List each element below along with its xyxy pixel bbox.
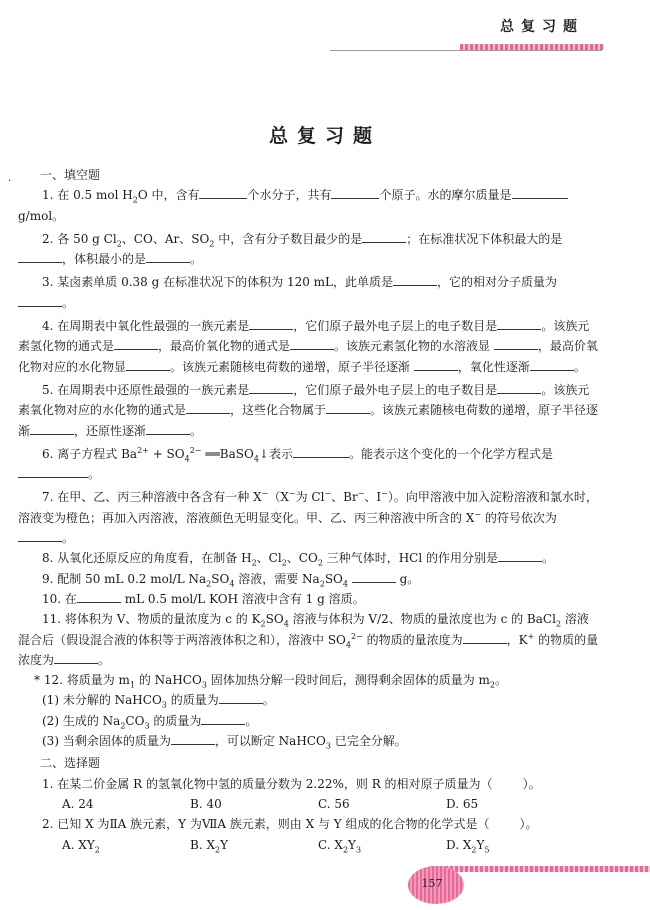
choice-question-2: 2. 已知 X 为ⅡA 族元素，Y 为ⅦA 族元素，则由 X 与 Y 组成的化合… [18,814,600,834]
page-title: 总复习题 [0,121,650,148]
answer-blank[interactable] [18,529,62,542]
running-header-title: 总复习题 [500,16,584,36]
answer-blank[interactable] [414,358,458,371]
question-7: 7. 在甲、乙、丙三种溶液中各含有一种 X−（X−为 Cl−、Br−、I−）。向… [18,487,600,548]
answer-blank[interactable] [219,691,263,704]
answer-blank[interactable] [249,317,293,330]
option-d[interactable]: D. X2Y5 [446,835,574,855]
question-4: 4. 在周期表中氧化性最强的一族元素是，它们原子最外电子层上的电子数目是。该族元… [18,316,600,377]
answer-blank[interactable] [199,186,247,199]
answer-blank[interactable] [290,337,334,350]
answer-blank[interactable] [362,230,406,243]
answer-blank[interactable] [30,422,74,435]
answer-blank[interactable] [331,186,379,199]
header-rule [330,50,602,51]
question-10: 10. 在 mL 0.5 mol/L KOH 溶液中含有 1 g 溶质。 [18,589,600,609]
answer-blank[interactable] [249,381,293,394]
question-2: 2. 各 50 g Cl2、CO、Ar、SO2 中，含有分子数目最少的是；在标准… [18,229,600,270]
question-12: * 12. 将质量为 m1 的 NaHCO3 固体加热分解一段时间后，测得剩余固… [18,670,600,690]
answer-blank[interactable] [126,358,170,371]
choice-question-1: 1. 在某二价金属 R 的氢氧化物中氢的质量分数为 2.22%，则 R 的相对原… [18,774,600,794]
stray-mark: · [8,176,11,187]
option-a[interactable]: A. 24 [62,794,190,814]
answer-blank[interactable] [497,381,541,394]
answer-blank[interactable] [530,358,574,371]
choice-question-2-options: A. XY2B. X2YC. X2Y3D. X2Y5 [18,835,600,855]
option-b[interactable]: B. X2Y [190,835,318,855]
section-heading-fill-blank: 一、填空题 [18,165,600,185]
page-number: 157 [422,877,443,890]
answer-blank[interactable] [18,250,62,263]
answer-blank[interactable] [54,651,98,664]
answer-blank[interactable] [18,465,88,478]
answer-blank[interactable] [146,250,190,263]
question-12-part-3: (3) 当剩余固体的质量为，可以断定 NaHCO3 已完全分解。 [18,731,600,751]
option-a[interactable]: A. XY2 [62,835,190,855]
answer-blank[interactable] [18,294,62,307]
question-8: 8. 从氧化还原反应的角度看，在制备 H2、Cl2、CO2 三种气体时，HCl … [18,548,600,568]
answer-blank[interactable] [463,631,507,644]
question-12-part-1: (1) 未分解的 NaHCO3 的质量为。 [18,690,600,710]
choice-question-1-options: A. 24B. 40C. 56D. 65 [18,794,600,814]
answer-blank[interactable] [77,590,121,603]
answer-blank[interactable] [393,273,437,286]
answer-blank[interactable] [494,337,538,350]
answer-blank[interactable] [326,401,370,414]
answer-blank[interactable] [114,337,158,350]
answer-blank[interactable] [293,445,349,458]
answer-blank[interactable] [512,186,568,199]
question-1: 1. 在 0.5 mol H2O 中，含有个水分子，共有个原子。水的摩尔质量是 … [18,185,600,226]
answer-blank[interactable] [498,549,542,562]
option-d[interactable]: D. 65 [446,794,574,814]
question-11: 11. 将体积为 V、物质的量浓度为 c 的 K2SO4 溶液与体积为 V/2、… [18,609,600,670]
answer-blank[interactable] [171,732,215,745]
exercise-content: 一、填空题 1. 在 0.5 mol H2O 中，含有个水分子，共有个原子。水的… [18,163,600,855]
page-number-badge: 157 [408,866,464,904]
option-c[interactable]: C. 56 [318,794,446,814]
question-5: 5. 在周期表中还原性最强的一族元素是，它们原子最外电子层上的电子数目是。该族元… [18,380,600,441]
answer-blank[interactable] [186,401,230,414]
question-12-part-2: (2) 生成的 Na2CO3 的质量为。 [18,711,600,731]
section-heading-multiple-choice: 二、选择题 [18,753,600,773]
option-b[interactable]: B. 40 [190,794,318,814]
question-6: 6. 离子方程式 Ba2+ + SO42− ══BaSO4↓表示。能表示这个变化… [18,444,600,485]
question-9: 9. 配制 50 mL 0.2 mol/L Na2SO4 溶液，需要 Na2SO… [18,569,600,589]
question-3: 3. 某卤素单质 0.38 g 在标准状况下的体积为 120 mL，此单质是，它… [18,272,600,313]
answer-blank[interactable] [352,570,396,583]
answer-blank[interactable] [146,422,190,435]
option-c[interactable]: C. X2Y3 [318,835,446,855]
answer-blank[interactable] [497,317,541,330]
answer-blank[interactable] [201,712,245,725]
footer-decorative-stripe [430,866,650,872]
